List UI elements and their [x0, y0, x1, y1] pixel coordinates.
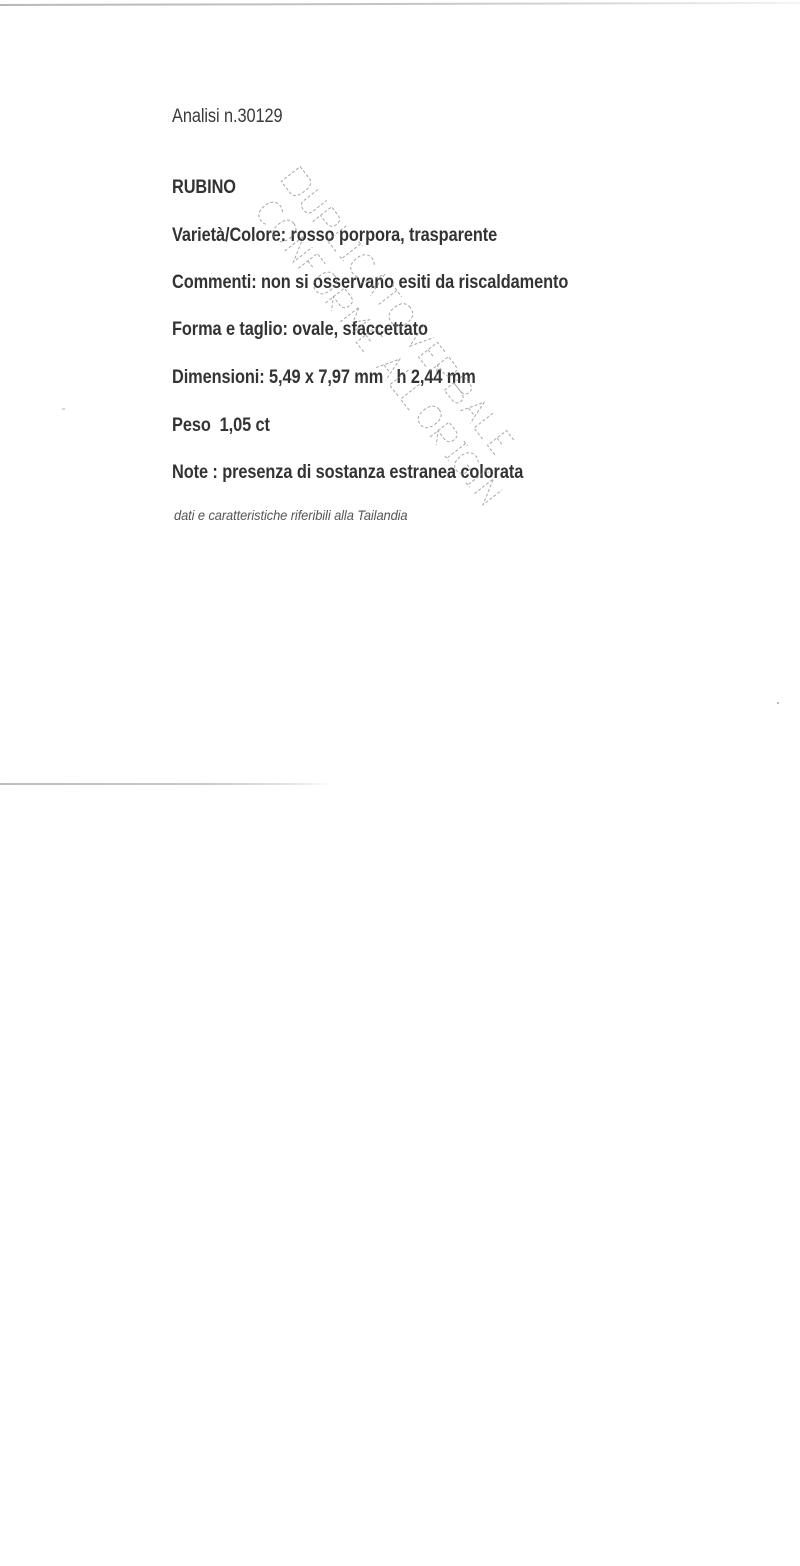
origin-footer-note: dati e caratteristiche riferibili alla T… [174, 507, 408, 523]
notes-field: Note : presenza di sostanza estranea col… [172, 462, 523, 484]
scan-speck [62, 408, 65, 410]
variety-color-field: Varietà/Colore: rosso porpora, trasparen… [172, 225, 497, 247]
scan-speck [777, 702, 779, 704]
scan-edge-top [0, 2, 800, 6]
shape-cut-field: Forma e taglio: ovale, sfaccettato [172, 319, 428, 341]
gem-name: RUBINO [172, 177, 236, 199]
dimensions-field: Dimensioni: 5,49 x 7,97 mm h 2,44 mm [172, 367, 476, 389]
scan-edge-fold [0, 783, 330, 785]
analysis-number: Analisi n.30129 [172, 106, 282, 128]
comments-field: Commenti: non si osservano esiti da risc… [172, 272, 568, 294]
weight-field: Peso 1,05 ct [172, 415, 270, 437]
